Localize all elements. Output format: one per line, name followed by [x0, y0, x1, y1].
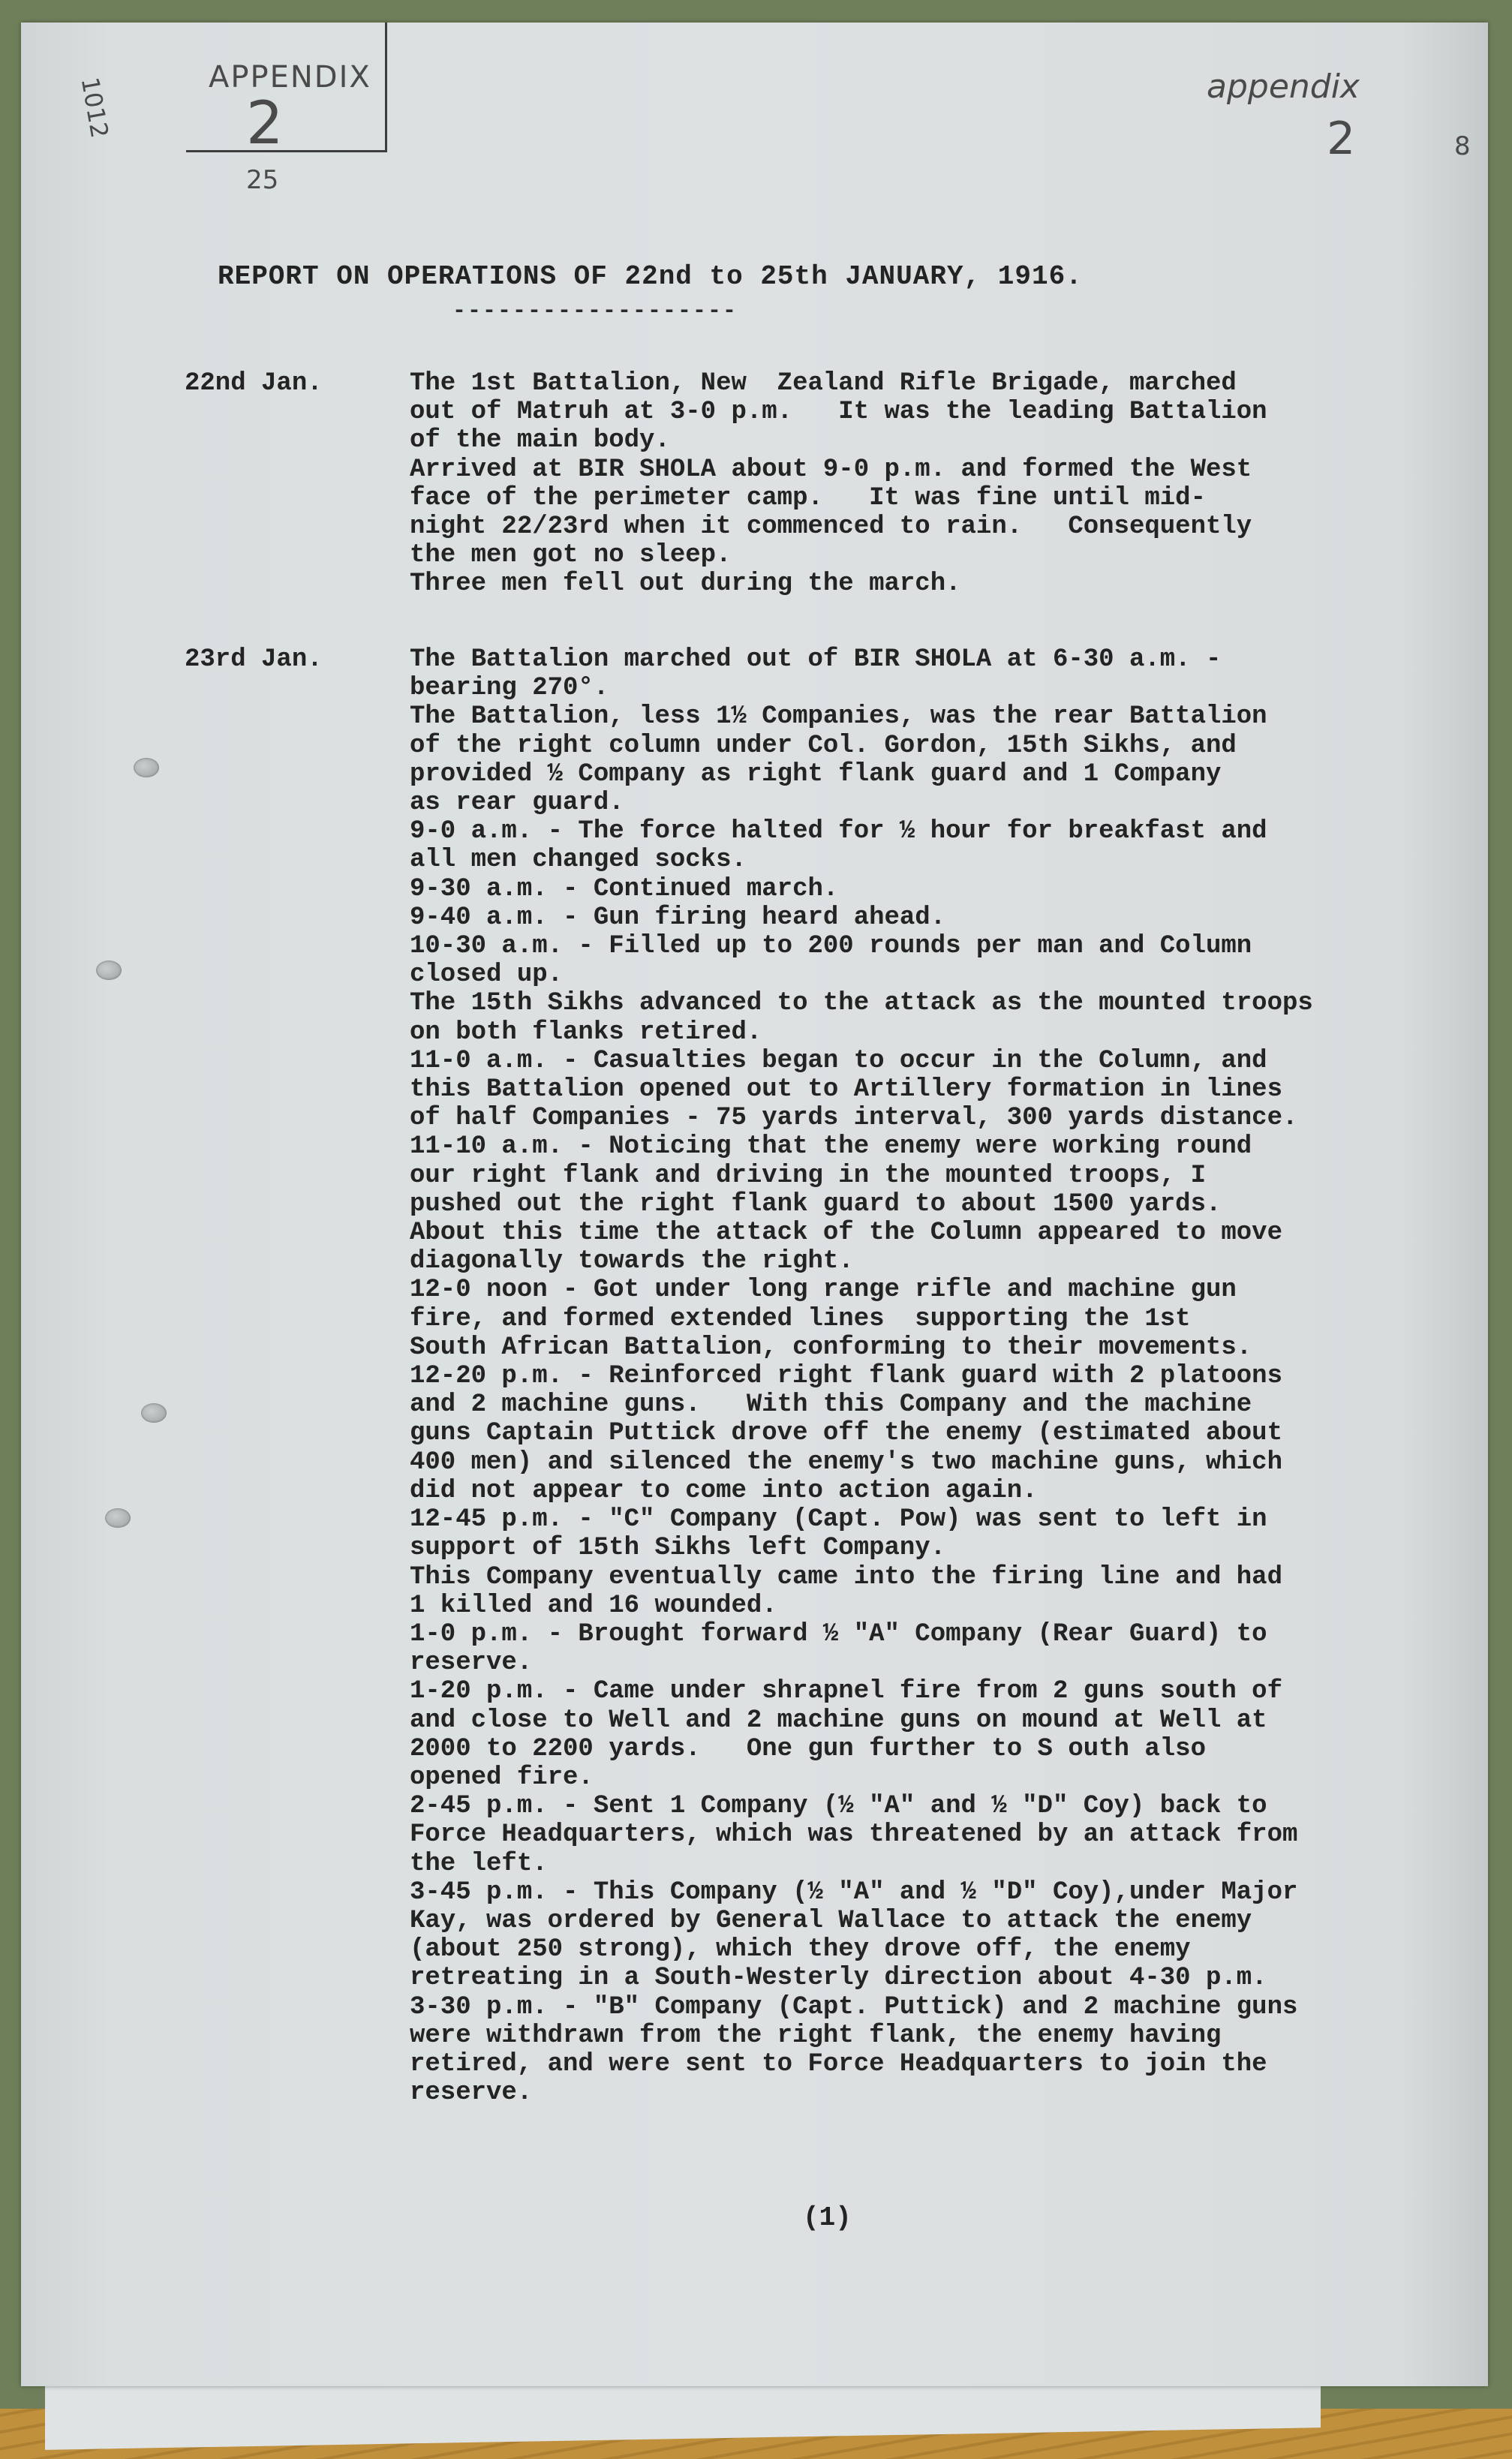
text-line: were withdrawn from the right flank, the…	[410, 2022, 1483, 2050]
text-line: closed up.	[410, 960, 1483, 989]
text-line: of half Companies - 75 yards interval, 3…	[410, 1104, 1483, 1132]
text-line: retired, and were sent to Force Headquar…	[410, 2050, 1483, 2079]
text-line: (about 250 strong), which they drove off…	[410, 1935, 1483, 1964]
text-line: bearing 270°.	[410, 674, 1483, 702]
text-line: night 22/23rd when it commenced to rain.…	[410, 513, 1483, 541]
text-line: diagonally towards the right.	[410, 1247, 1483, 1276]
text-line: Force Headquarters, which was threatened…	[410, 1820, 1483, 1849]
text-line: reserve.	[410, 2079, 1483, 2107]
text-line: This Company eventually came into the fi…	[410, 1563, 1483, 1592]
text-line: the men got no sleep.	[410, 541, 1483, 570]
text-line: opened fire.	[410, 1763, 1483, 1792]
text-line: 12-45 p.m. - "C" Company (Capt. Pow) was…	[410, 1505, 1483, 1534]
text-line: on both flanks retired.	[410, 1018, 1483, 1047]
text-line: 11-0 a.m. - Casualties began to occur in…	[410, 1047, 1483, 1075]
text-line: of the main body.	[410, 426, 1483, 455]
punch-hole	[141, 1403, 167, 1423]
text-line: 1-20 p.m. - Came under shrapnel fire fro…	[410, 1677, 1483, 1706]
folio-number: 8	[1454, 131, 1471, 161]
text-line: of the right column under Col. Gordon, 1…	[410, 732, 1483, 760]
text-line: provided ½ Company as right flank guard …	[410, 760, 1483, 789]
right-appendix-note: appendix	[1207, 68, 1360, 106]
text-line: 12-20 p.m. - Reinforced right flank guar…	[410, 1362, 1483, 1390]
text-line: 400 men) and silenced the enemy's two ma…	[410, 1448, 1483, 1477]
title-underline: -------------------	[452, 299, 738, 324]
text-line: About this time the attack of the Column…	[410, 1219, 1483, 1247]
text-line: 12-0 noon - Got under long range rifle a…	[410, 1276, 1483, 1304]
punch-hole	[105, 1508, 131, 1528]
text-line: as rear guard.	[410, 789, 1483, 817]
text-line: and 2 machine guns. With this Company an…	[410, 1390, 1483, 1419]
text-line: all men changed socks.	[410, 846, 1483, 874]
text-line: reserve.	[410, 1649, 1483, 1677]
text-line: 3-45 p.m. - This Company (½ "A" and ½ "D…	[410, 1878, 1483, 1907]
text-line: Arrived at BIR SHOLA about 9-0 p.m. and …	[410, 455, 1483, 484]
text-line: this Battalion opened out to Artillery f…	[410, 1075, 1483, 1104]
text-line: 9-40 a.m. - Gun firing heard ahead.	[410, 903, 1483, 932]
page-number: (1)	[803, 2202, 852, 2233]
text-line: 10-30 a.m. - Filled up to 200 rounds per…	[410, 932, 1483, 960]
margin-handwritten-marks: 1012	[76, 75, 115, 140]
text-line: Kay, was ordered by General Wallace to a…	[410, 1907, 1483, 1935]
text-line: 9-0 a.m. - The force halted for ½ hour f…	[410, 817, 1483, 846]
text-line: 3-30 p.m. - "B" Company (Capt. Puttick) …	[410, 1993, 1483, 2022]
entry-text: The 1st Battalion, New Zealand Rifle Bri…	[410, 369, 1483, 599]
document-title: REPORT ON OPERATIONS OF 22nd to 25th JAN…	[218, 261, 1083, 292]
right-appendix-number: 2	[1327, 113, 1355, 165]
text-line: Three men fell out during the march.	[410, 570, 1483, 598]
text-line: fire, and formed extended lines supporti…	[410, 1305, 1483, 1333]
entry-date: 22nd Jan.	[185, 369, 323, 398]
text-line: 2-45 p.m. - Sent 1 Company (½ "A" and ½ …	[410, 1792, 1483, 1820]
appendix-subnumber: 25	[246, 165, 278, 195]
text-line: face of the perimeter camp. It was fine …	[410, 484, 1483, 513]
entry-text: The Battalion marched out of BIR SHOLA a…	[410, 645, 1483, 2107]
text-line: 1-0 p.m. - Brought forward ½ "A" Company…	[410, 1620, 1483, 1649]
text-line: 2000 to 2200 yards. One gun further to S…	[410, 1735, 1483, 1763]
text-line: pushed out the right flank guard to abou…	[410, 1190, 1483, 1219]
text-line: 9-30 a.m. - Continued march.	[410, 875, 1483, 903]
text-line: the left.	[410, 1850, 1483, 1878]
punch-hole	[134, 758, 159, 777]
appendix-label: APPENDIX	[209, 60, 371, 95]
text-line: guns Captain Puttick drove off the enemy…	[410, 1419, 1483, 1447]
text-line: The Battalion, less 1½ Companies, was th…	[410, 702, 1483, 731]
document-page: APPENDIX 2 25 1012 appendix 2 8 REPORT O…	[21, 23, 1488, 2386]
text-line: The Battalion marched out of BIR SHOLA a…	[410, 645, 1483, 674]
text-line: The 1st Battalion, New Zealand Rifle Bri…	[410, 369, 1483, 398]
punch-hole	[96, 960, 122, 980]
text-line: 1 killed and 16 wounded.	[410, 1592, 1483, 1620]
text-line: The 15th Sikhs advanced to the attack as…	[410, 989, 1483, 1018]
text-line: and close to Well and 2 machine guns on …	[410, 1706, 1483, 1735]
appendix-number: 2	[246, 90, 284, 158]
text-line: support of 15th Sikhs left Company.	[410, 1534, 1483, 1562]
entry-date: 23rd Jan.	[185, 645, 323, 674]
text-line: out of Matruh at 3-0 p.m. It was the lea…	[410, 398, 1483, 426]
text-line: retreating in a South-Westerly direction…	[410, 1964, 1483, 1992]
text-line: 11-10 a.m. - Noticing that the enemy wer…	[410, 1132, 1483, 1161]
text-line: our right flank and driving in the mount…	[410, 1162, 1483, 1190]
text-line: South African Battalion, conforming to t…	[410, 1333, 1483, 1362]
text-line: did not appear to come into action again…	[410, 1477, 1483, 1505]
